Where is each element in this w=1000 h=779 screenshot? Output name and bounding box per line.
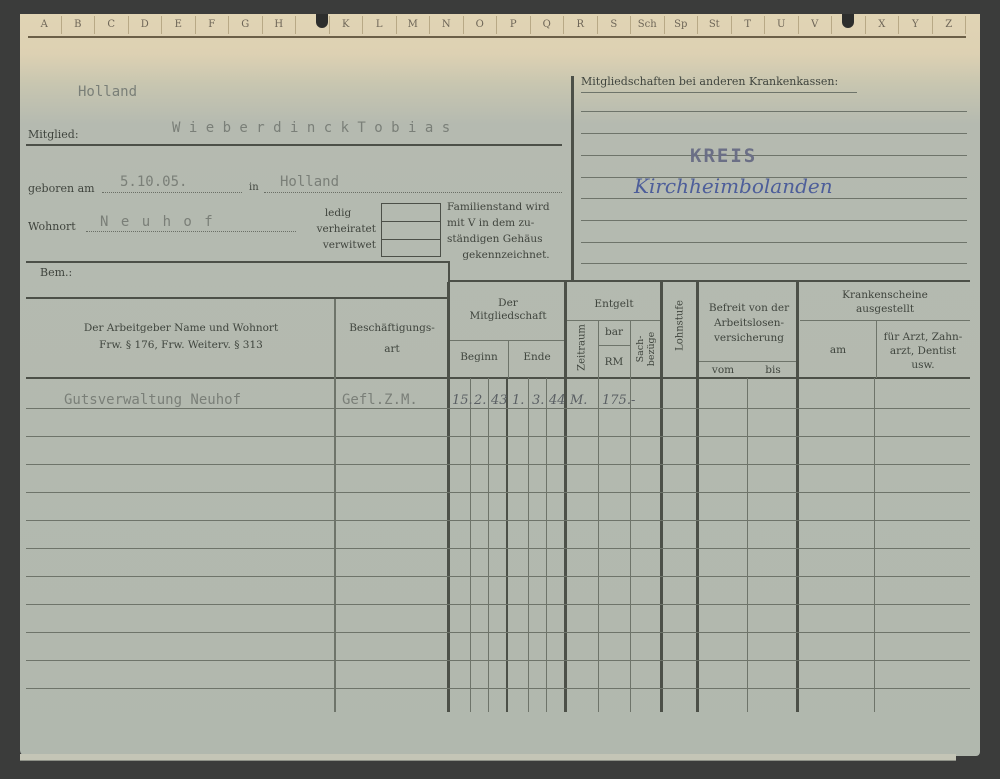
note-line: Familienstand wird [447, 199, 565, 215]
row-rule [26, 604, 970, 605]
row-rule [26, 632, 970, 633]
column-divider [696, 282, 699, 712]
column-divider [334, 299, 336, 712]
header-sick-for: für Arzt, Zahn- arzt, Dentist usw. [876, 330, 970, 372]
grid-line [508, 340, 509, 378]
country-header: Holland [78, 84, 137, 100]
row-rule [26, 520, 970, 521]
alphabet-tab[interactable]: U [765, 16, 799, 34]
header-text: Sach- [635, 321, 646, 377]
header-pay: Entgelt [566, 298, 662, 311]
member-name: W i e b e r d i n c k T o b i a s [172, 120, 450, 136]
header-text: versicherung [698, 331, 800, 346]
header-pay-currency: RM [598, 356, 630, 369]
header-text: Der [450, 297, 566, 310]
header-end: Ende [508, 351, 566, 364]
column-divider [470, 378, 471, 712]
punch-hole-icon [842, 14, 854, 28]
header-text: Beschäftigungs- [336, 322, 448, 335]
column-divider [564, 282, 567, 712]
alphabet-tab[interactable]: G [229, 16, 263, 34]
card-edge [20, 754, 956, 761]
cell-end-day: 1. [512, 393, 524, 408]
marital-checkbox-group [381, 203, 441, 257]
alphabet-tab[interactable]: F [196, 16, 230, 34]
column-divider [660, 282, 663, 712]
grid-line [876, 320, 877, 378]
header-text: Frw. § 176, Frw. Weiterv. § 313 [26, 339, 336, 352]
header-text: art [336, 343, 448, 356]
header-text: Der Arbeitgeber Name und Wohnort [26, 322, 336, 335]
header-pay-cash: bar [598, 326, 630, 339]
marital-widowed: verwitwet [300, 237, 376, 253]
alphabet-tab[interactable]: K [330, 16, 364, 34]
row-rule [26, 436, 970, 437]
alphabet-tab[interactable]: P [497, 16, 531, 34]
alphabet-tab[interactable]: V [799, 16, 833, 34]
column-divider [796, 282, 799, 712]
header-exempt-from: vom [698, 364, 748, 377]
row-rule [26, 576, 970, 577]
grid-line [566, 320, 662, 321]
checkbox-single[interactable] [382, 204, 440, 222]
table-header-bottom [26, 377, 970, 379]
header-text: arzt, Dentist [876, 344, 970, 358]
header-membership: Der Mitgliedschaft [450, 297, 566, 323]
alphabet-tab[interactable]: M [397, 16, 431, 34]
row-rule [26, 492, 970, 493]
remarks-label[interactable]: Bem.: [40, 266, 72, 279]
marital-note: Familienstand wird mit V in dem zu- stän… [447, 199, 565, 263]
column-divider [747, 378, 748, 712]
alphabet-tab[interactable]: R [564, 16, 598, 34]
alphabet-tab[interactable]: N [430, 16, 464, 34]
ruled-line [581, 111, 967, 112]
alphabet-tab[interactable]: Y [899, 16, 933, 34]
alphabet-tab[interactable]: S [598, 16, 632, 34]
birthplace-dotted-line [264, 192, 562, 193]
name-underline [26, 144, 562, 146]
alphabet-tab[interactable]: B [62, 16, 96, 34]
alphabet-tab[interactable]: Z [933, 16, 967, 34]
checkbox-widowed[interactable] [382, 240, 440, 256]
member-label: Mitglied: [28, 128, 79, 141]
header-employer: Der Arbeitgeber Name und Wohnort Frw. § … [26, 322, 336, 352]
residence-label: Wohnort [28, 220, 76, 233]
note-line: mit V in dem zu- [447, 215, 565, 231]
cell-pay-cash: 175.- [602, 393, 635, 408]
remarks-bottom-border [26, 297, 450, 299]
header-text: Krankenscheine [800, 288, 970, 302]
cell-begin-month: 2. [474, 393, 486, 408]
section-divider [571, 76, 574, 280]
ruled-line [581, 220, 967, 221]
handwritten-district: Kirchheimbolanden [634, 174, 833, 198]
remarks-top-border [26, 261, 450, 263]
header-pay-period: Zeitraum [577, 320, 588, 376]
row-rule [26, 548, 970, 549]
born-label: geboren am [28, 182, 95, 195]
alphabet-tab[interactable]: C [95, 16, 129, 34]
alphabet-tab[interactable]: Q [531, 16, 565, 34]
alphabet-tab[interactable]: D [129, 16, 163, 34]
cell-end-year: 44 [549, 393, 566, 408]
header-text: Mitgliedschaft [450, 310, 566, 323]
header-text: für Arzt, Zahn- [876, 330, 970, 344]
header-exempt-to: bis [748, 364, 798, 377]
grid-line [800, 320, 970, 321]
header-text: bezüge [646, 321, 657, 377]
district-stamp: KREIS [690, 145, 757, 167]
alphabet-tab[interactable]: O [464, 16, 498, 34]
grid-line [630, 320, 631, 378]
header-sick-notes: Krankenscheine ausgestellt [800, 288, 970, 316]
in-label: in [249, 182, 259, 193]
alphabet-tab[interactable]: St [698, 16, 732, 34]
header-sick-on: am [800, 344, 876, 357]
checkbox-married[interactable] [382, 222, 440, 240]
ruled-line [581, 242, 967, 243]
table-top-border [450, 280, 970, 282]
ruled-line [581, 155, 967, 156]
alphabet-tab[interactable]: Sch [631, 16, 665, 34]
column-divider [598, 378, 599, 712]
header-pay-kind: Sach- bezüge [635, 321, 657, 377]
cell-employer: Gutsverwaltung Neuhof [64, 392, 241, 408]
header-text: Befreit von der [698, 301, 800, 316]
column-divider [447, 282, 450, 712]
row-rule [26, 688, 970, 689]
header-text: ausgestellt [800, 302, 970, 316]
tab-strip-underline [28, 36, 966, 38]
row-rule [26, 464, 970, 465]
note-line: ständigen Gehäus [447, 231, 565, 247]
note-line: gekennzeichnet. [447, 247, 565, 263]
header-wage-level: Lohnstufe [675, 298, 686, 354]
alphabet-tab[interactable]: A [28, 16, 62, 34]
column-divider [874, 378, 875, 712]
marital-married: verheiratet [300, 221, 376, 237]
marital-single: ledig [300, 205, 376, 221]
alphabet-tab[interactable]: T [732, 16, 766, 34]
residence-dotted-line [86, 231, 296, 232]
born-dotted-line [102, 192, 242, 193]
column-divider [630, 378, 631, 712]
header-begin: Beginn [450, 351, 508, 364]
alphabet-tab[interactable]: H [263, 16, 297, 34]
birth-place: Holland [280, 174, 339, 190]
header-exempt: Befreit von der Arbeitslosen- versicheru… [698, 301, 800, 346]
alphabet-tab[interactable]: X [866, 16, 900, 34]
ruled-line [581, 263, 967, 264]
other-insurances-label: Mitgliedschaften bei anderen Krankenkass… [581, 75, 838, 88]
grid-line [698, 361, 798, 362]
column-divider [506, 378, 508, 712]
index-card [20, 14, 980, 756]
ruled-line [581, 198, 967, 199]
row-rule [26, 408, 970, 409]
residence: N e u h o f [100, 214, 215, 230]
cell-begin-day: 15. [452, 393, 473, 408]
marital-options: ledig verheiratet verwitwet [300, 205, 376, 253]
header-text: usw. [876, 358, 970, 372]
grid-line [598, 345, 630, 346]
alphabet-tab[interactable]: L [363, 16, 397, 34]
grid-line [598, 320, 599, 378]
column-divider [546, 378, 547, 712]
cell-end-month: 3. [532, 393, 544, 408]
punch-hole-icon [316, 14, 328, 28]
alphabet-tab[interactable]: Sp [665, 16, 699, 34]
column-divider [488, 378, 489, 712]
cell-occupation: Gefl.Z.M. [342, 392, 418, 408]
alphabet-tab[interactable]: E [162, 16, 196, 34]
header-text: Arbeitslosen- [698, 316, 800, 331]
cell-begin-year: 43 [491, 393, 508, 408]
row-rule [26, 660, 970, 661]
header-occupation: Beschäftigungs- art [336, 322, 448, 356]
birth-date: 5.10.05. [120, 174, 187, 190]
label-underline [581, 92, 857, 93]
cell-pay-period: M. [570, 393, 587, 408]
ruled-line [581, 133, 967, 134]
column-divider [528, 378, 529, 712]
